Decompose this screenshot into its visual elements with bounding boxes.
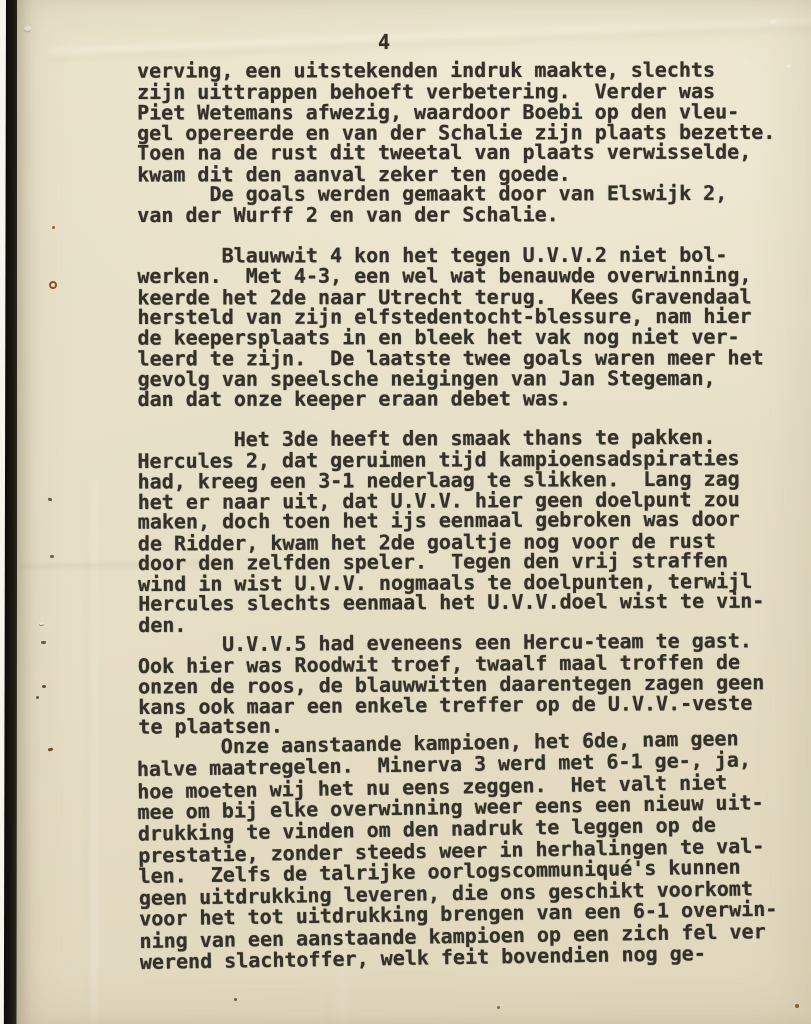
text-line: onzen de roos, de blauwwitten daarentege… xyxy=(138,672,811,697)
text-line: Hercules slechts eenmaal het U.V.V.doel … xyxy=(138,590,811,614)
text-line: van der Wurff 2 en van der Schalie. xyxy=(137,203,811,225)
paper-speck xyxy=(770,19,776,24)
text-line: U.V.V.5 had eveneens een Hercu-team te g… xyxy=(138,630,811,655)
scanned-page: 4 verving, een uitstekenden indruk maakt… xyxy=(0,0,811,1024)
text-line: Toen na de rust dit tweetal van plaats v… xyxy=(137,141,811,163)
paper-speck xyxy=(234,998,237,1001)
typewritten-text: verving, een uitstekenden indruk maakte,… xyxy=(137,60,811,973)
paper-speck xyxy=(48,497,53,501)
text-line: leerd te zijn. De laatste twee goals war… xyxy=(138,347,811,369)
rust-spot xyxy=(49,281,57,289)
text-line: Piet Wetemans afwezig, waardoor Boebi op… xyxy=(137,101,811,123)
paper-speck xyxy=(39,622,44,625)
paper-speck xyxy=(36,696,39,699)
text-line: verving, een uitstekenden indruk maakte,… xyxy=(137,59,811,81)
paper-speck xyxy=(50,555,54,558)
text-line: kwam dit den aanval zeker ten goede. xyxy=(137,163,811,185)
rust-spot xyxy=(48,747,54,751)
paper-speck xyxy=(497,1006,500,1009)
text-line: Blauwwit 4 kon het tegen U.V.V.2 niet bo… xyxy=(137,244,811,266)
page-number: 4 xyxy=(378,31,390,53)
text-line: de keepersplaats in en bleek het vak nog… xyxy=(137,326,811,348)
paragraph: Onze aanstaande kampioen, het 6de, nam g… xyxy=(136,727,811,973)
rust-spot xyxy=(795,1004,799,1008)
paragraph: Het 3de heeft den smaak thans te pakken.… xyxy=(137,427,811,635)
text-line: had, kreeg een 3-1 nederlaag te slikken.… xyxy=(138,468,811,492)
text-line: De goals werden gemaakt door van Elswijk… xyxy=(137,183,811,205)
paper-crease xyxy=(47,14,811,63)
text-line: keerde het 2de naar Utrecht terug. Kees … xyxy=(137,286,811,308)
rust-spot xyxy=(52,226,55,229)
paper-sheet: 4 verving, een uitstekenden indruk maakt… xyxy=(17,0,811,1024)
paper-speck xyxy=(24,26,31,31)
text-line: dan dat onze keeper eraan debet was. xyxy=(138,388,811,410)
text-line: Het 3de heeft den smaak thans te pakken. xyxy=(137,426,811,450)
paragraph: verving, een uitstekenden indruk maakte,… xyxy=(137,60,811,225)
paper-speck xyxy=(41,641,46,644)
paper-crease xyxy=(87,480,99,1024)
paper-speck xyxy=(42,685,46,688)
text-line: de Ridder, kwam het 2de goaltje nog voor… xyxy=(138,530,811,554)
paragraph: Blauwwit 4 kon het tegen U.V.V.2 niet bo… xyxy=(137,244,811,409)
paragraph: U.V.V.5 had eveneens een Hercu-team te g… xyxy=(138,630,811,737)
